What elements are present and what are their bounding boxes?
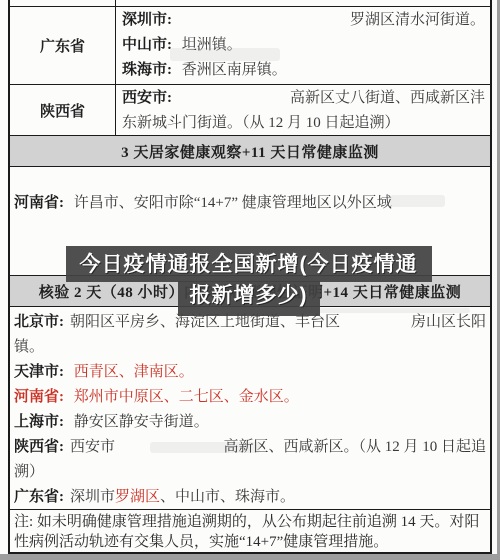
province-label: 上海市: [14,414,64,430]
province-cell: 陕西省 [10,85,116,135]
entry-line-continuation: 溯） [14,460,486,485]
smudge-mark [300,308,470,313]
city-label: 珠海市: [122,62,172,78]
entry-line-continuation: 镇。 [14,335,486,360]
region-text: 朝阳区平房乡、海淀区上地街道、丰台区 [70,314,340,330]
entry-line-tianjin: 天津市: 西青区、津南区。 [14,360,486,385]
city-label: 深圳市: [122,8,172,33]
table-row-henan-region: 河南省: 许昌市、安阳市除“14+7” 健康管理地区以外区域 [10,167,490,276]
province-label: 河南省: [14,195,64,211]
entry-line-beijing: 北京市:朝阳区平房乡、海淀区上地街道、丰台区 房山区长阳 [14,310,486,335]
province-cell: 广东省 [10,7,116,84]
table-row-note: 注: 如未明确健康管理措施追溯期的，从公布期起往前追溯 14 天。对阳性病例活动… [10,510,490,553]
region-text: 罗湖区清水河街道。 [350,8,485,33]
region-text: 许昌市、安阳市除“14+7” 健康管理地区以外区域 [74,195,392,211]
region-text-right: 房山区长阳 [411,310,486,335]
entry-left: 陕西省:西安市 [14,435,115,460]
entry-line-guangdong: 广东省:深圳市罗湖区、中山市、珠海市。 [14,485,486,510]
region-text-red: 罗湖区 [115,489,160,505]
detail-cell: 西安市: 高新区丈八街道、西咸新区沣 东新城斗门街道。（从 12 月 10 日起… [116,85,490,135]
section-header-text: 3 天居家健康观察+11 天日常健康监测 [121,141,379,162]
region-text: 镇。 [14,339,44,355]
smudge-mark [170,48,280,61]
region-text: 深圳市 [70,489,115,505]
detail-cell: 深圳市: 罗湖区清水河街道。 中山市: 坦洲镇。 珠海市: 香洲区南屏镇。 [116,7,490,84]
city-line: 珠海市: 香洲区南屏镇。 [122,58,485,83]
region-text: 静安区静安寺街道。 [74,414,209,430]
section-header-text: 核验 2 天（48 小时）内核酸检测阴性证明+14 天日常健康监测 [39,281,462,302]
province-label-red: 河南省: [14,389,64,405]
document-page: 广东省 深圳市: 罗湖区清水河街道。 中山市: 坦洲镇。 珠海市: 香洲区南屏镇… [0,0,497,554]
region-text: 西安市 [70,439,115,455]
smudge-mark [150,442,260,453]
section-header-observe: 3 天居家健康观察+11 天日常健康监测 [10,136,490,167]
region-text-red: 郑州市中原区、二七区、金水区。 [74,389,299,405]
region-text-right: 高新区、西咸新区。（从 12 月 10 日起追 [223,435,486,460]
entry-left: 北京市:朝阳区平房乡、海淀区上地街道、丰台区 [14,310,340,335]
city-line: 深圳市: 罗湖区清水河街道。 [122,8,485,33]
region-text: 、中山市、珠海市。 [160,489,295,505]
province-name: 陕西省 [40,100,85,121]
province-label: 天津市: [14,364,64,380]
smudge-mark [390,195,445,207]
province-name: 广东省 [40,35,85,56]
city-label: 西安市: [122,86,172,111]
section-header-verify: 核验 2 天（48 小时）内核酸检测阴性证明+14 天日常健康监测 [10,276,490,307]
region-text: 高新区丈八街道、西咸新区沣 [290,86,485,111]
city-line: 西安市: 高新区丈八街道、西咸新区沣 [122,86,485,111]
detail-cell-empty [116,0,490,6]
entry-line-shanghai: 上海市: 静安区静安寺街道。 [14,410,486,435]
province-label: 广东省: [14,489,64,505]
city-line-continuation: 东新城斗门街道。（从 12 月 10 日起追溯） [122,111,485,136]
entry-line-henan: 河南省: 郑州市中原区、二七区、金水区。 [14,385,486,410]
region-text: 香洲区南屏镇。 [182,62,287,78]
health-policy-table: 广东省 深圳市: 罗湖区清水河街道。 中山市: 坦洲镇。 珠海市: 香洲区南屏镇… [8,0,492,554]
province-label: 北京市: [14,314,64,330]
table-row-verify-entries: 北京市:朝阳区平房乡、海淀区上地街道、丰台区 房山区长阳 镇。 天津市: 西青区… [10,307,490,510]
province-cell-empty [10,0,116,6]
city-label: 中山市: [122,37,172,53]
region-text-red: 西青区、津南区。 [74,364,194,380]
province-label: 陕西省: [14,439,64,455]
region-text: 溯） [14,464,44,480]
table-row-guangdong: 广东省 深圳市: 罗湖区清水河街道。 中山市: 坦洲镇。 珠海市: 香洲区南屏镇… [10,7,490,85]
region-text: 东新城斗门街道。（从 12 月 10 日起追溯） [122,115,400,131]
table-row-partial [10,0,490,7]
table-row-shaanxi: 陕西省 西安市: 高新区丈八街道、西咸新区沣 东新城斗门街道。（从 12 月 1… [10,85,490,136]
note-text: 注: 如未明确健康管理措施追溯期的，从公布期起往前追溯 14 天。对阳性病例活动… [14,514,479,550]
